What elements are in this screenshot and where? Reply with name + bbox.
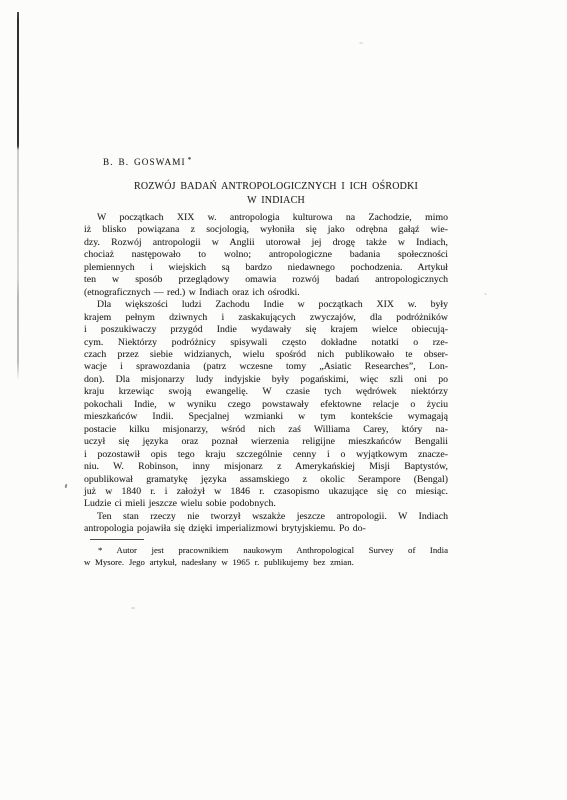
body-line: kraju krzewiąc swoją ewangelię. W czasie…	[84, 386, 448, 398]
body-line: krajem pełnym dziwnych i zaskakujących z…	[84, 312, 448, 324]
title-line-2: W INDIACH	[94, 194, 458, 208]
body-line: don). Dla misjonarzy ludy indyjskie były…	[84, 374, 448, 386]
footnote-line: * Autor jest pracownikiem naukowym Anthr…	[84, 544, 448, 556]
body-line: cym. Niektórzy podróżnicy spisywali częs…	[84, 337, 448, 349]
scan-artifact-line	[17, 12, 19, 380]
scan-speck	[359, 42, 363, 44]
body-line: Ludzie ci mieli jeszcze wielu sobie podo…	[84, 498, 448, 510]
body-line: plemiennych i wiejskich są bardzo niedaw…	[84, 262, 448, 274]
body-line: dzy. Rozwój antropologii w Anglii utorow…	[84, 237, 448, 249]
footnote-text: * Autor jest pracownikiem naukowym Anthr…	[84, 544, 448, 568]
body-line: mieszkańców Indii. Specjalnej wzmianki w…	[84, 411, 448, 423]
body-line: postacie kilku misjonarzy, wśród nich za…	[84, 424, 448, 436]
scan-speck	[131, 607, 135, 609]
body-line: iż blisko powiązana z socjologią, wyłoni…	[84, 224, 448, 236]
author-name: B. B. GOSWAMI	[103, 157, 186, 167]
body-line: i poszukiwaczy przygód Indie wydawały si…	[84, 324, 448, 336]
scan-speck	[484, 293, 487, 295]
body-line: wacje i sprawozdania (patrz wczesne tomy…	[84, 361, 448, 373]
scanned-page: B. B. GOSWAMI* ROZWÓJ BADAŃ ANTROPOLOGIC…	[0, 0, 567, 800]
body-line: i pozostawił opis tego kraju szczególnie…	[84, 449, 448, 461]
footnote-rule	[90, 539, 144, 540]
body-line: Ten stan rzeczy nie tworzył wszakże jesz…	[84, 511, 448, 523]
body-line: już w 1840 r. i założył w 1846 r. czasop…	[84, 486, 448, 498]
body-line: ten w sposób przeglądowy omawia rozwój b…	[84, 274, 448, 286]
body-line: W początkach XIX w. antropologia kulturo…	[84, 212, 448, 224]
author-footnote-mark: *	[188, 155, 192, 164]
body-line: chociaż następowało to wolno; antropolog…	[84, 249, 448, 261]
author-line: B. B. GOSWAMI*	[103, 154, 191, 168]
body-line: uczył się języka oraz poznał wierzenia r…	[84, 436, 448, 448]
body-line: (etnograficznych — red.) w Indiach oraz …	[84, 287, 448, 299]
body-line: pokochali Indie, w wyniku czego powstawa…	[84, 399, 448, 411]
footnote-line: w Mysore. Jego artykuł, nadesłany w 1965…	[84, 556, 448, 568]
body-line: opublikował gramatykę języka assamskiego…	[84, 474, 448, 486]
body-line: niu. W. Robinson, inny misjonarz z Amery…	[84, 461, 448, 473]
body-line: Dla większości ludzi Zachodu Indie w poc…	[84, 299, 448, 311]
body-line: antropologia pojawiła się dzięki imperia…	[84, 523, 448, 535]
article-body: W początkach XIX w. antropologia kulturo…	[84, 212, 448, 536]
body-line: czach przez siebie widzianych, wielu spo…	[84, 349, 448, 361]
scan-speck	[65, 484, 68, 488]
title-line-1: ROZWÓJ BADAŃ ANTROPOLOGICZNYCH I ICH OŚR…	[94, 180, 458, 194]
article-title: ROZWÓJ BADAŃ ANTROPOLOGICZNYCH I ICH OŚR…	[94, 180, 458, 207]
